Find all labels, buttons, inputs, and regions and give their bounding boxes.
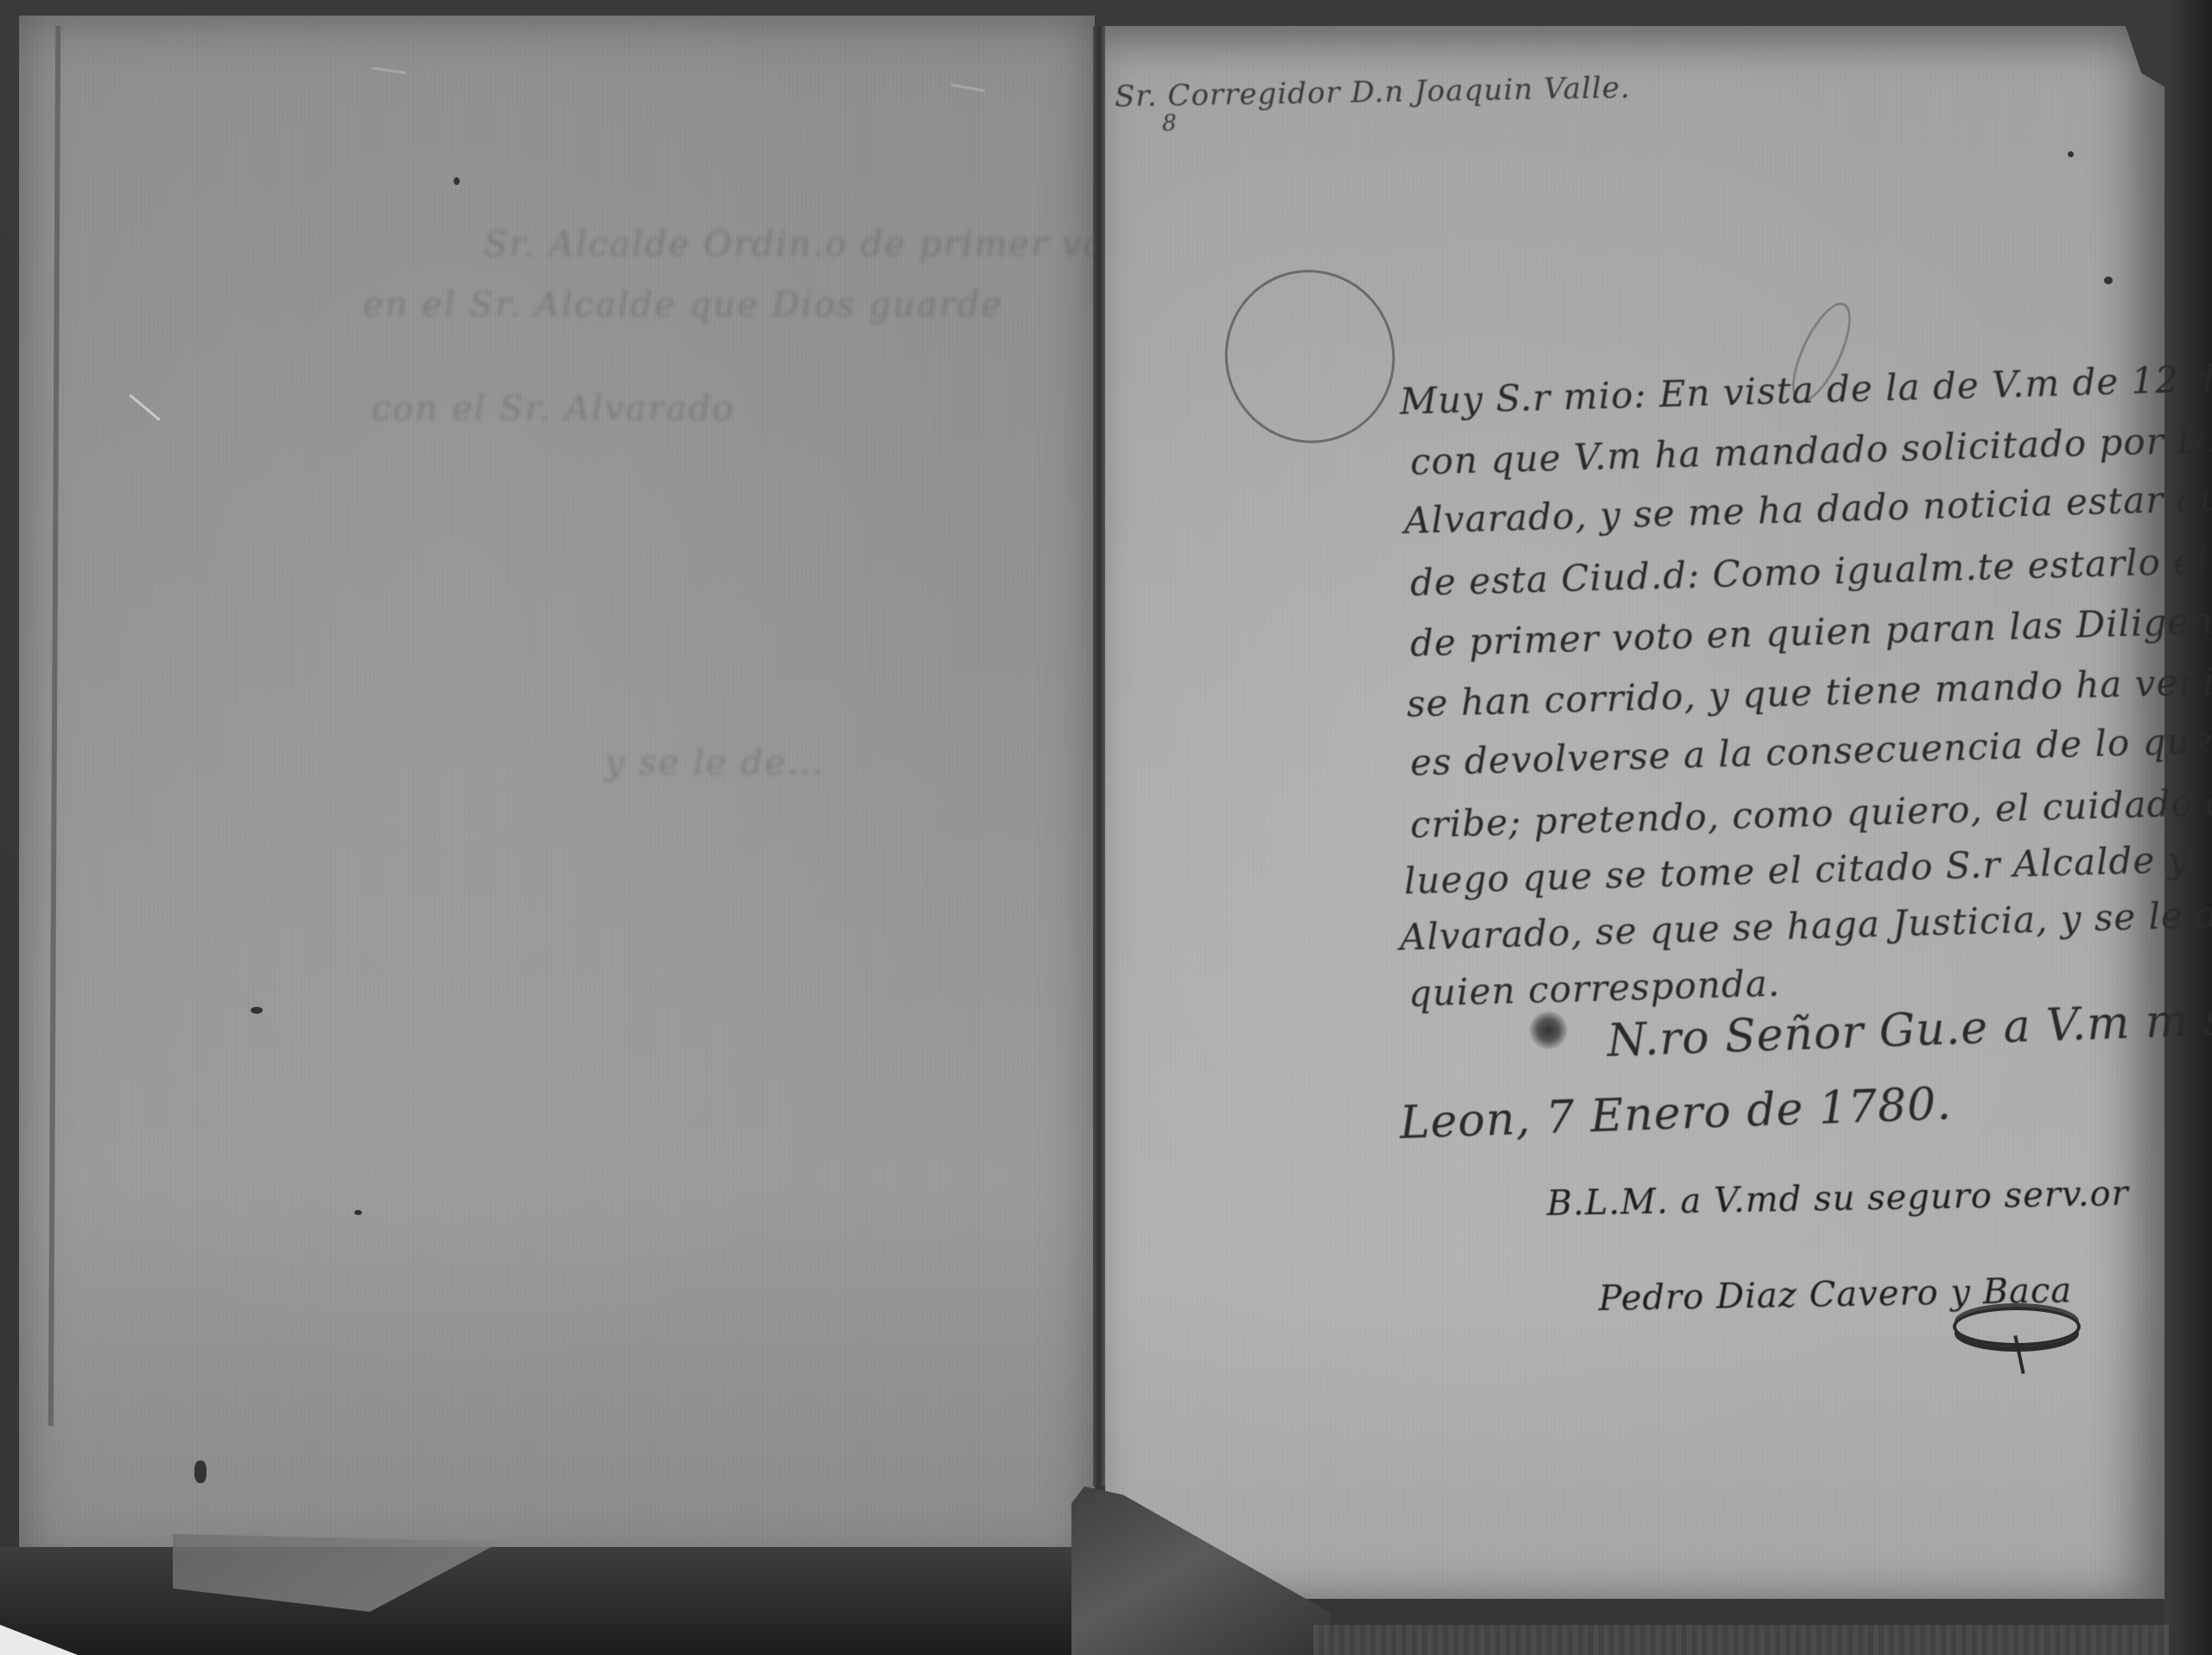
- ink-speck: [251, 1007, 263, 1014]
- bottom-shadow: [0, 1547, 1106, 1655]
- ink-speck: [454, 177, 460, 185]
- bleed-through-line: Sr. Alcalde Ordin.o de primer voto: [484, 225, 1144, 264]
- bleed-through-line: y se le de...: [605, 743, 825, 783]
- right-edge-shadow: [2164, 0, 2212, 1655]
- ink-blot: [1529, 1011, 1567, 1049]
- ink-speck: [194, 1461, 207, 1483]
- ink-speck: [354, 1210, 362, 1215]
- book-gutter: [1093, 26, 1105, 1486]
- manuscript-header-mark: 8: [1162, 111, 1178, 137]
- bleed-through-line: con el Sr. Alvarado: [372, 389, 734, 429]
- ink-speck: [2104, 277, 2113, 284]
- ink-speck: [2068, 151, 2074, 157]
- page-edges-bottom: [1313, 1625, 2169, 1655]
- bleed-through-line: en el Sr. Alcalde que Dios guarde: [363, 285, 1003, 325]
